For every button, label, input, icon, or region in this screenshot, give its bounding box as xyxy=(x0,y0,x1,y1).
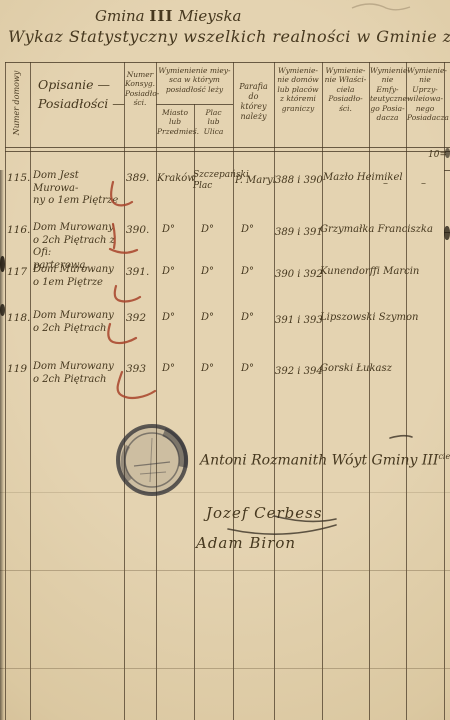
edge-stain xyxy=(0,304,5,316)
ink-flourishes xyxy=(0,0,450,720)
scan-edge-shadow xyxy=(0,170,4,720)
edge-stain xyxy=(444,226,450,240)
edge-stain xyxy=(0,256,5,272)
scanned-register-page: Gmina III Mieyska Wykaz Statystyczny wsz… xyxy=(0,0,450,720)
edge-stain xyxy=(445,148,450,158)
